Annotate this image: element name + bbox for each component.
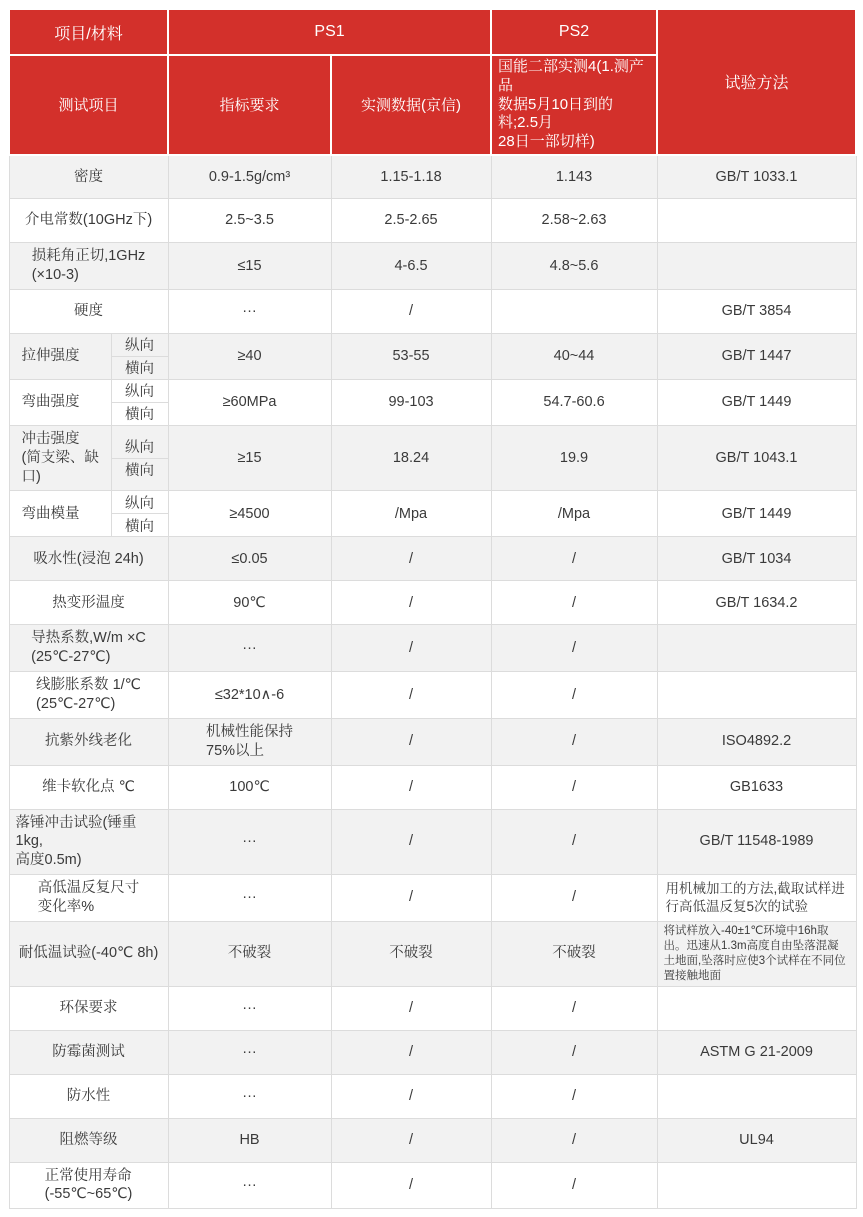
direction-cell: 横向	[112, 403, 168, 425]
cell-text: ≥4500	[229, 505, 269, 524]
cell-spec: 2.5~3.5	[168, 199, 331, 243]
header-measured: 实测数据(京信)	[331, 55, 491, 155]
cell-text: 2.5~3.5	[225, 211, 274, 230]
row-direction-subcells: 纵向横向	[111, 379, 168, 425]
row-label: 介电常数(10GHz下)	[9, 199, 168, 243]
table-row: 环保要求···//	[9, 986, 856, 1030]
cell-text: /	[572, 732, 576, 751]
cell-text: /	[572, 778, 576, 797]
cell-text: ···	[242, 999, 257, 1018]
cell-spec: ≤0.05	[168, 537, 331, 581]
row-label: 正常使用寿命 (-55℃~65℃)	[9, 1162, 168, 1209]
cell-text: /Mpa	[395, 505, 427, 524]
cell-text: 抗紫外线老化	[45, 732, 132, 751]
cell-text: 硬度	[74, 302, 103, 321]
cell-text: 99-103	[388, 393, 433, 412]
table-row: 阻燃等级HB//UL94	[9, 1118, 856, 1162]
cell-text: GB/T 11548-1989	[700, 832, 814, 851]
cell-ps1-measured: /	[331, 1074, 491, 1118]
header-ps1: PS1	[168, 9, 491, 55]
cell-method: ASTM G 21-2009	[657, 1030, 856, 1074]
row-label: 抗紫外线老化	[9, 718, 168, 765]
row-label: 阻燃等级	[9, 1118, 168, 1162]
cell-ps2-measured: 不破裂	[491, 921, 657, 986]
cell-text: /	[572, 832, 576, 851]
table-row: 冲击强度 (简支梁、缺口)纵向横向≥1518.2419.9GB/T 1043.1	[9, 425, 856, 491]
cell-spec: 机械性能保持 75%以上	[168, 718, 331, 765]
table-body: 密度0.9-1.5g/cm³1.15-1.181.143GB/T 1033.1介…	[9, 155, 856, 1209]
cell-text: /	[572, 1131, 576, 1150]
cell-ps1-measured: /	[331, 718, 491, 765]
table-row: 高低温反复尺寸 变化率%···//用机械加工的方法,截取试样进行高低温反复5次的…	[9, 875, 856, 922]
table-header: 项目/材料 PS1 PS2 试验方法 测试项目 指标要求 实测数据(京信) 国能…	[9, 9, 856, 155]
header-ps2-note: 国能二部实测4(1.测产品 数据5月10日到的料;2.5月 28日一部切样)	[491, 55, 657, 155]
cell-method	[657, 1074, 856, 1118]
cell-ps1-measured: 不破裂	[331, 921, 491, 986]
row-label: 高低温反复尺寸 变化率%	[9, 875, 168, 922]
cell-text: 1.143	[556, 168, 592, 187]
cell-text: 4-6.5	[394, 257, 427, 276]
cell-text: /	[409, 302, 413, 321]
cell-text: ≥60MPa	[223, 393, 277, 412]
row-label: 硬度	[9, 289, 168, 333]
cell-text: ···	[242, 1087, 257, 1106]
cell-ps1-measured: /	[331, 986, 491, 1030]
cell-ps1-measured: /	[331, 765, 491, 809]
table-row: 防霉菌测试···//ASTM G 21-2009	[9, 1030, 856, 1074]
cell-text: /	[572, 1043, 576, 1062]
row-label: 环保要求	[9, 986, 168, 1030]
cell-ps2-measured: 2.58~2.63	[491, 199, 657, 243]
table-row: 导热系数,W/m ×C (25℃-27℃)···//	[9, 625, 856, 672]
cell-method	[657, 199, 856, 243]
cell-text: 90℃	[233, 594, 265, 613]
cell-text: /	[409, 778, 413, 797]
cell-text: GB/T 1449	[722, 505, 792, 524]
row-label: 损耗角正切,1GHz (×10-3)	[9, 243, 168, 290]
cell-spec: ≥40	[168, 333, 331, 379]
cell-method: GB/T 1634.2	[657, 581, 856, 625]
direction-cell: 横向	[112, 357, 168, 379]
cell-ps2-measured: /	[491, 537, 657, 581]
table-row: 弯曲强度纵向横向≥60MPa99-10354.7-60.6GB/T 1449	[9, 379, 856, 425]
row-label: 线膨胀系数 1/℃ (25℃-27℃)	[9, 672, 168, 719]
cell-method	[657, 672, 856, 719]
cell-text: /	[409, 686, 413, 705]
cell-text: GB/T 3854	[722, 302, 792, 321]
cell-ps2-measured: 1.143	[491, 155, 657, 199]
cell-ps2-measured: /	[491, 809, 657, 875]
cell-text: 18.24	[393, 449, 429, 468]
cell-text: /	[572, 999, 576, 1018]
cell-text: /	[409, 1131, 413, 1150]
cell-ps2-measured: /	[491, 986, 657, 1030]
cell-ps2-measured: /	[491, 765, 657, 809]
cell-text: 防水性	[67, 1087, 111, 1106]
cell-text: 机械性能保持 75%以上	[206, 723, 293, 761]
cell-method: GB/T 1043.1	[657, 425, 856, 491]
cell-ps1-measured: 4-6.5	[331, 243, 491, 290]
cell-text: 2.5-2.65	[384, 211, 437, 230]
table-row: 耐低温试验(-40℃ 8h)不破裂不破裂不破裂将试样放入-40±1℃环境中16h…	[9, 921, 856, 986]
cell-method	[657, 243, 856, 290]
material-properties-table: 项目/材料 PS1 PS2 试验方法 测试项目 指标要求 实测数据(京信) 国能…	[8, 8, 857, 1209]
cell-spec: 不破裂	[168, 921, 331, 986]
cell-text: 介电常数(10GHz下)	[25, 211, 152, 230]
cell-text: /	[572, 1087, 576, 1106]
cell-ps2-measured: /	[491, 625, 657, 672]
cell-text: ≥40	[237, 347, 261, 366]
cell-text: 不破裂	[552, 944, 596, 963]
table-row: 正常使用寿命 (-55℃~65℃)···//	[9, 1162, 856, 1209]
cell-ps1-measured: 99-103	[331, 379, 491, 425]
cell-text: 正常使用寿命 (-55℃~65℃)	[45, 1167, 133, 1205]
cell-text: ≥15	[237, 449, 261, 468]
cell-text: /	[409, 639, 413, 658]
cell-text: /	[409, 999, 413, 1018]
cell-ps1-measured: /	[331, 289, 491, 333]
cell-method: 用机械加工的方法,截取试样进行高低温反复5次的试验	[657, 875, 856, 922]
cell-text: 导热系数,W/m ×C (25℃-27℃)	[31, 629, 146, 667]
cell-text: 54.7-60.6	[543, 393, 604, 412]
cell-text: 4.8~5.6	[550, 257, 599, 276]
cell-text: 高低温反复尺寸 变化率%	[38, 879, 140, 917]
cell-text: ···	[242, 1176, 257, 1195]
cell-text: /	[572, 1176, 576, 1195]
row-label: 耐低温试验(-40℃ 8h)	[9, 921, 168, 986]
cell-ps1-measured: /	[331, 1030, 491, 1074]
cell-text: GB/T 1033.1	[716, 168, 798, 187]
cell-spec: ≥4500	[168, 491, 331, 537]
cell-text: /	[409, 594, 413, 613]
cell-text: 阻燃等级	[60, 1131, 118, 1150]
row-label: 落锤冲击试验(锤重1kg, 高度0.5m)	[9, 809, 168, 875]
cell-text: /	[409, 732, 413, 751]
cell-method	[657, 986, 856, 1030]
cell-ps2-measured: /	[491, 1074, 657, 1118]
cell-text: 用机械加工的方法,截取试样进行高低温反复5次的试验	[666, 880, 848, 915]
cell-text: /	[572, 550, 576, 569]
table-row: 线膨胀系数 1/℃ (25℃-27℃)≤32*10∧-6//	[9, 672, 856, 719]
cell-method: GB/T 1447	[657, 333, 856, 379]
cell-text: ···	[242, 832, 257, 851]
row-label: 拉伸强度	[9, 333, 111, 379]
row-label: 热变形温度	[9, 581, 168, 625]
cell-ps1-measured: /	[331, 625, 491, 672]
cell-ps1-measured: /	[331, 1162, 491, 1209]
cell-text: ···	[242, 1043, 257, 1062]
cell-text: 53-55	[392, 347, 429, 366]
cell-ps1-measured: 18.24	[331, 425, 491, 491]
table-row: 硬度···/GB/T 3854	[9, 289, 856, 333]
cell-spec: ···	[168, 1030, 331, 1074]
cell-ps2-measured: /Mpa	[491, 491, 657, 537]
cell-ps1-measured: /	[331, 672, 491, 719]
cell-text: 耐低温试验(-40℃ 8h)	[19, 944, 159, 963]
cell-ps2-measured: /	[491, 718, 657, 765]
cell-text: 1.15-1.18	[380, 168, 441, 187]
cell-text: GB/T 1634.2	[716, 594, 798, 613]
header-spec: 指标要求	[168, 55, 331, 155]
cell-ps2-measured: /	[491, 1162, 657, 1209]
row-label: 密度	[9, 155, 168, 199]
cell-ps2-measured: /	[491, 581, 657, 625]
cell-ps1-measured: /	[331, 581, 491, 625]
cell-text: /	[572, 686, 576, 705]
table-row: 损耗角正切,1GHz (×10-3)≤154-6.54.8~5.6	[9, 243, 856, 290]
cell-ps2-measured: 40~44	[491, 333, 657, 379]
cell-text: GB/T 1034	[722, 550, 792, 569]
cell-ps2-measured: /	[491, 1030, 657, 1074]
cell-ps1-measured: /	[331, 875, 491, 922]
direction-cell: 纵向	[112, 334, 168, 357]
cell-spec: ≥15	[168, 425, 331, 491]
row-label: 导热系数,W/m ×C (25℃-27℃)	[9, 625, 168, 672]
cell-spec: 100℃	[168, 765, 331, 809]
cell-text: GB1633	[730, 778, 783, 797]
cell-text: GB/T 1447	[722, 347, 792, 366]
cell-text: ···	[242, 639, 257, 658]
cell-ps1-measured: /Mpa	[331, 491, 491, 537]
cell-ps2-measured: 19.9	[491, 425, 657, 491]
cell-text: 0.9-1.5g/cm³	[209, 168, 290, 187]
cell-text: ≤15	[237, 257, 261, 276]
row-label: 防霉菌测试	[9, 1030, 168, 1074]
cell-text: HB	[239, 1131, 259, 1150]
cell-text: 弯曲强度	[22, 393, 80, 412]
row-label: 防水性	[9, 1074, 168, 1118]
cell-ps2-measured: 54.7-60.6	[491, 379, 657, 425]
cell-text: 防霉菌测试	[52, 1043, 125, 1062]
cell-text: 2.58~2.63	[542, 211, 607, 230]
cell-ps1-measured: 1.15-1.18	[331, 155, 491, 199]
header-test-item: 测试项目	[9, 55, 168, 155]
cell-text: 40~44	[554, 347, 595, 366]
cell-text: ···	[242, 302, 257, 321]
cell-text: /	[409, 1043, 413, 1062]
cell-text: ASTM G 21-2009	[700, 1043, 813, 1062]
cell-text: UL94	[739, 1131, 774, 1150]
cell-ps2-measured: 4.8~5.6	[491, 243, 657, 290]
direction-cell: 横向	[112, 459, 168, 481]
direction-cell: 纵向	[112, 380, 168, 403]
direction-cell: 纵向	[112, 491, 168, 514]
row-label: 维卡软化点 ℃	[9, 765, 168, 809]
cell-text: 落锤冲击试验(锤重1kg, 高度0.5m)	[16, 814, 162, 871]
cell-text: GB/T 1449	[722, 393, 792, 412]
cell-ps2-measured	[491, 289, 657, 333]
cell-text: 不破裂	[228, 944, 272, 963]
cell-ps2-measured: /	[491, 672, 657, 719]
page: 项目/材料 PS1 PS2 试验方法 测试项目 指标要求 实测数据(京信) 国能…	[0, 0, 863, 1217]
cell-ps1-measured: 53-55	[331, 333, 491, 379]
row-direction-subcells: 纵向横向	[111, 425, 168, 491]
cell-spec: ···	[168, 1162, 331, 1209]
cell-method: GB/T 1033.1	[657, 155, 856, 199]
cell-text: ≤32*10∧-6	[215, 686, 284, 705]
cell-method	[657, 625, 856, 672]
cell-text: 不破裂	[389, 944, 433, 963]
table-row: 维卡软化点 ℃100℃//GB1633	[9, 765, 856, 809]
cell-text: 拉伸强度	[22, 347, 80, 366]
cell-text: 弯曲模量	[22, 505, 80, 524]
cell-text: GB/T 1043.1	[716, 449, 798, 468]
table-row: 吸水性(浸泡 24h)≤0.05//GB/T 1034	[9, 537, 856, 581]
cell-spec: ···	[168, 289, 331, 333]
cell-text: /	[572, 888, 576, 907]
table-row: 防水性···//	[9, 1074, 856, 1118]
cell-text: 线膨胀系数 1/℃ (25℃-27℃)	[36, 676, 141, 714]
cell-text: 维卡软化点 ℃	[42, 778, 135, 797]
header-row-1: 项目/材料 PS1 PS2 试验方法	[9, 9, 856, 55]
cell-spec: ···	[168, 809, 331, 875]
cell-method: GB/T 1034	[657, 537, 856, 581]
table-row: 抗紫外线老化机械性能保持 75%以上//ISO4892.2	[9, 718, 856, 765]
table-row: 介电常数(10GHz下)2.5~3.52.5-2.652.58~2.63	[9, 199, 856, 243]
row-label: 弯曲强度	[9, 379, 111, 425]
cell-text: /	[572, 594, 576, 613]
cell-method: GB/T 11548-1989	[657, 809, 856, 875]
cell-text: 100℃	[229, 778, 269, 797]
cell-method	[657, 1162, 856, 1209]
cell-text: 将试样放入-40±1℃环境中16h取出。迅速从1.3m高度自由坠落混凝土地面,坠…	[664, 924, 850, 984]
cell-method: GB/T 1449	[657, 379, 856, 425]
cell-text: 密度	[74, 168, 103, 187]
row-direction-subcells: 纵向横向	[111, 491, 168, 537]
direction-cell: 纵向	[112, 436, 168, 459]
cell-spec: ≤15	[168, 243, 331, 290]
cell-ps1-measured: /	[331, 1118, 491, 1162]
cell-text: 19.9	[560, 449, 588, 468]
header-method: 试验方法	[657, 9, 856, 155]
cell-text: /	[409, 1087, 413, 1106]
cell-text: /	[409, 832, 413, 851]
table-row: 密度0.9-1.5g/cm³1.15-1.181.143GB/T 1033.1	[9, 155, 856, 199]
cell-method: UL94	[657, 1118, 856, 1162]
cell-method: 将试样放入-40±1℃环境中16h取出。迅速从1.3m高度自由坠落混凝土地面,坠…	[657, 921, 856, 986]
cell-spec: ≤32*10∧-6	[168, 672, 331, 719]
row-label: 吸水性(浸泡 24h)	[9, 537, 168, 581]
cell-spec: HB	[168, 1118, 331, 1162]
cell-spec: 0.9-1.5g/cm³	[168, 155, 331, 199]
header-item-material: 项目/材料	[9, 9, 168, 55]
cell-ps2-measured: /	[491, 1118, 657, 1162]
cell-text: 冲击强度 (简支梁、缺口)	[22, 430, 105, 487]
cell-ps1-measured: /	[331, 537, 491, 581]
cell-spec: ···	[168, 1074, 331, 1118]
cell-text: /	[409, 550, 413, 569]
cell-text: 损耗角正切,1GHz (×10-3)	[32, 247, 146, 285]
table-row: 落锤冲击试验(锤重1kg, 高度0.5m)···//GB/T 11548-198…	[9, 809, 856, 875]
cell-text: /Mpa	[558, 505, 590, 524]
table-row: 拉伸强度纵向横向≥4053-5540~44GB/T 1447	[9, 333, 856, 379]
cell-text: ···	[242, 888, 257, 907]
cell-spec: ···	[168, 986, 331, 1030]
cell-method: GB/T 1449	[657, 491, 856, 537]
cell-ps1-measured: /	[331, 809, 491, 875]
cell-spec: ···	[168, 625, 331, 672]
row-label: 冲击强度 (简支梁、缺口)	[9, 425, 111, 491]
cell-method: ISO4892.2	[657, 718, 856, 765]
cell-spec: ···	[168, 875, 331, 922]
cell-ps2-measured: /	[491, 875, 657, 922]
cell-method: GB/T 3854	[657, 289, 856, 333]
header-ps2: PS2	[491, 9, 657, 55]
cell-text: /	[409, 1176, 413, 1195]
cell-text: ≤0.05	[231, 550, 267, 569]
direction-cell: 横向	[112, 514, 168, 536]
cell-text: /	[409, 888, 413, 907]
cell-text: 吸水性(浸泡 24h)	[33, 550, 143, 569]
row-label: 弯曲模量	[9, 491, 111, 537]
table-row: 热变形温度90℃//GB/T 1634.2	[9, 581, 856, 625]
cell-text: /	[572, 639, 576, 658]
cell-text: 环保要求	[60, 999, 118, 1018]
cell-method: GB1633	[657, 765, 856, 809]
table-row: 弯曲模量纵向横向≥4500/Mpa/MpaGB/T 1449	[9, 491, 856, 537]
row-direction-subcells: 纵向横向	[111, 333, 168, 379]
cell-text: 热变形温度	[52, 594, 125, 613]
cell-ps1-measured: 2.5-2.65	[331, 199, 491, 243]
cell-spec: 90℃	[168, 581, 331, 625]
cell-spec: ≥60MPa	[168, 379, 331, 425]
cell-text: ISO4892.2	[722, 732, 791, 751]
